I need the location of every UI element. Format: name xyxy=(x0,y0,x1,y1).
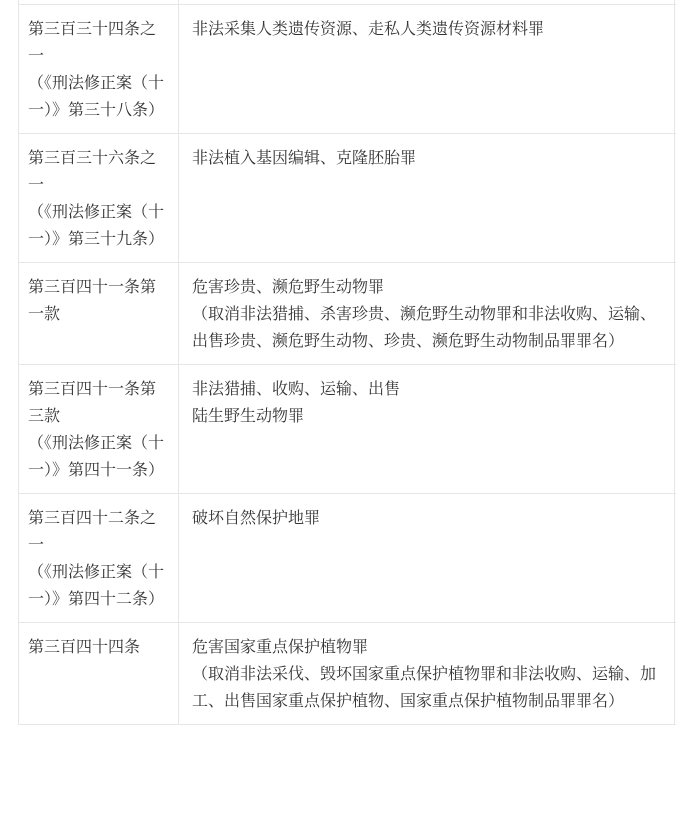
crime-paragraph: 非法采集人类遗传资源、走私人类遗传资源材料罪 xyxy=(192,15,669,42)
crime-paragraph: （取消非法猎捕、杀害珍贵、濒危野生动物罪和非法收购、运输、出售珍贵、濒危野生动物… xyxy=(192,300,669,354)
article-cell: 第三百四十一条第一款 xyxy=(19,263,179,364)
crime-cell: 非法植入基因编辑、克隆胚胎罪 xyxy=(179,134,675,262)
article-paragraph: 第三百四十四条 xyxy=(28,633,169,660)
crime-cell: 非法猎捕、收购、运输、出售陆生野生动物罪 xyxy=(179,365,675,493)
crime-paragraph: 危害国家重点保护植物罪 xyxy=(192,633,669,660)
article-cell: 第三百四十二条之一（《刑法修正案（十一）》第四十二条） xyxy=(19,494,179,622)
table-row: 第三百四十一条第一款 危害珍贵、濒危野生动物罪（取消非法猎捕、杀害珍贵、濒危野生… xyxy=(19,263,676,365)
article-cell: 第三百四十四条 xyxy=(19,623,179,724)
article-paragraph: 第三百四十一条第一款 xyxy=(28,273,169,327)
article-cell: 第三百三十六条之一（《刑法修正案（十一）》第三十九条） xyxy=(19,134,179,262)
article-paragraph: 第三百三十六条之一 xyxy=(28,144,169,198)
article-paragraph: （《刑法修正案（十一）》第四十一条） xyxy=(28,429,169,483)
crime-cell: 危害国家重点保护植物罪（取消非法采伐、毁坏国家重点保护植物罪和非法收购、运输、加… xyxy=(179,623,675,724)
crime-paragraph: 危害珍贵、濒危野生动物罪 xyxy=(192,273,669,300)
article-paragraph: 第三百四十一条第三款 xyxy=(28,375,169,429)
table-row: 第三百四十一条第三款（《刑法修正案（十一）》第四十一条） 非法猎捕、收购、运输、… xyxy=(19,365,676,494)
crime-paragraph: 非法植入基因编辑、克隆胚胎罪 xyxy=(192,144,669,171)
criminal-law-amendment-table: 第三百三十四条之一（《刑法修正案（十一）》第三十八条） 非法采集人类遗传资源、走… xyxy=(18,0,676,725)
crime-cell: 破坏自然保护地罪 xyxy=(179,494,675,622)
article-cell: 第三百四十一条第三款（《刑法修正案（十一）》第四十一条） xyxy=(19,365,179,493)
table-row: 第三百四十四条 危害国家重点保护植物罪（取消非法采伐、毁坏国家重点保护植物罪和非… xyxy=(19,623,676,725)
crime-paragraph: （取消非法采伐、毁坏国家重点保护植物罪和非法收购、运输、加工、出售国家重点保护植… xyxy=(192,660,669,714)
article-paragraph: 第三百四十二条之一 xyxy=(28,504,169,558)
crime-cell: 危害珍贵、濒危野生动物罪（取消非法猎捕、杀害珍贵、濒危野生动物罪和非法收购、运输… xyxy=(179,263,675,364)
crime-paragraph: 陆生野生动物罪 xyxy=(192,402,669,429)
article-paragraph: （《刑法修正案（十一）》第三十九条） xyxy=(28,198,169,252)
crime-paragraph: 破坏自然保护地罪 xyxy=(192,504,669,531)
law-document-page: 第三百三十四条之一（《刑法修正案（十一）》第三十八条） 非法采集人类遗传资源、走… xyxy=(0,0,693,832)
article-cell-partial xyxy=(19,0,179,4)
table-row: 第三百四十二条之一（《刑法修正案（十一）》第四十二条） 破坏自然保护地罪 xyxy=(19,494,676,623)
article-paragraph: （《刑法修正案（十一）》第四十二条） xyxy=(28,558,169,612)
crime-paragraph: 非法猎捕、收购、运输、出售 xyxy=(192,375,669,402)
article-paragraph: 第三百三十四条之一 xyxy=(28,15,169,69)
article-cell: 第三百三十四条之一（《刑法修正案（十一）》第三十八条） xyxy=(19,5,179,133)
crime-cell: 非法采集人类遗传资源、走私人类遗传资源材料罪 xyxy=(179,5,675,133)
table-row: 第三百三十四条之一（《刑法修正案（十一）》第三十八条） 非法采集人类遗传资源、走… xyxy=(19,5,676,134)
crime-cell-partial xyxy=(179,0,675,4)
article-paragraph: （《刑法修正案（十一）》第三十八条） xyxy=(28,69,169,123)
table-row: 第三百三十六条之一（《刑法修正案（十一）》第三十九条） 非法植入基因编辑、克隆胚… xyxy=(19,134,676,263)
